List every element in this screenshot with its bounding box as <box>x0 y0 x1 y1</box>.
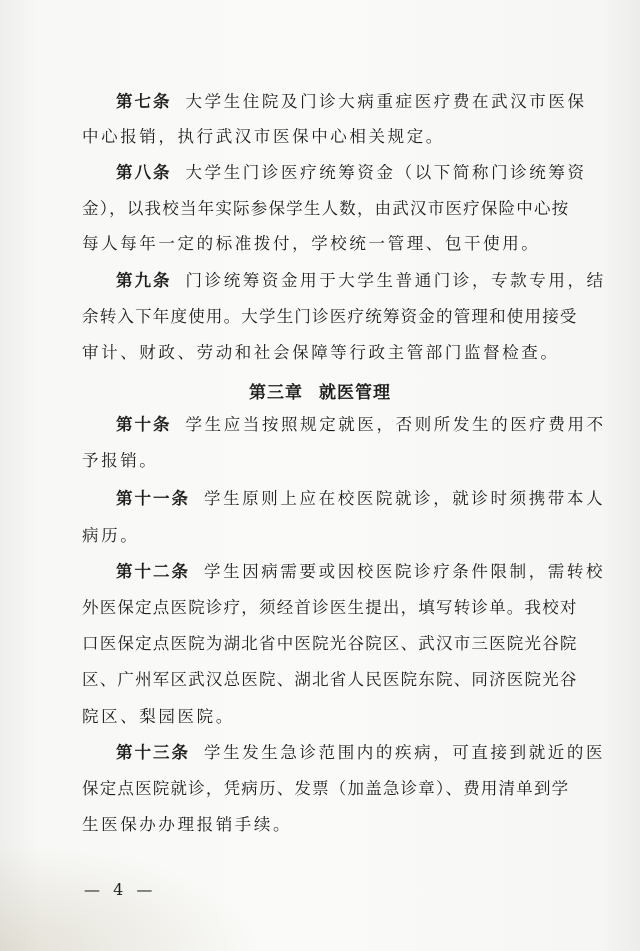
chapter-title: 就医管理 <box>319 383 391 403</box>
article-label: 第十一条 <box>116 489 190 508</box>
article-7-line-1: 第七条大学生住院及门诊大病重症医疗费在武汉市医保 <box>116 92 616 112</box>
article-13-line-2: 保定点医院就诊，凭病历、发票（加盖急诊章）、费用清单到学 <box>82 779 582 799</box>
article-9-line-2: 余转入下年度使用。大学生门诊医疗统筹资金的管理和使用接受 <box>82 307 582 327</box>
article-12-line-5: 院区、梨园医院。 <box>82 707 582 727</box>
article-7-line-2: 中心报销，执行武汉市医保中心相关规定。 <box>82 127 582 147</box>
article-13-line-3: 生医保办办理报销手续。 <box>82 815 582 835</box>
article-8-line-1: 第八条大学生门诊医疗统筹资金（以下简称门诊统筹资 <box>116 163 616 183</box>
article-13-line-1: 第十三条学生发生急诊范围内的疾病，可直接到就近的医 <box>116 743 616 763</box>
chapter-number: 第三章 <box>249 383 303 403</box>
article-9-line-1: 第九条门诊统筹资金用于大学生普通门诊，专款专用，结 <box>116 271 616 291</box>
article-10-line-2: 予报销。 <box>82 451 582 471</box>
article-label: 第十三条 <box>116 743 190 762</box>
article-12-line-2: 外医保定点医院诊疗，须经首诊医生提出，填写转诊单。我校对 <box>82 598 582 618</box>
article-9-line-3: 审计、财政、劳动和社会保障等行政主管部门监督检查。 <box>82 343 582 363</box>
article-10-line-1: 第十条学生应当按照规定就医，否则所发生的医疗费用不 <box>116 415 616 435</box>
article-12-line-3: 口医保定点医院为湖北省中医院光谷院区、武汉市三医院光谷院 <box>82 634 582 654</box>
chapter-heading: 第三章就医管理 <box>0 378 640 403</box>
article-label: 第七条 <box>116 92 172 111</box>
article-label: 第九条 <box>116 271 172 290</box>
article-label: 第十条 <box>116 415 172 434</box>
article-8-line-3: 每人每年一定的标准拨付，学校统一管理、包干使用。 <box>82 234 582 254</box>
article-11-line-2: 病历。 <box>82 526 582 546</box>
article-12-line-4: 区、广州军区武汉总医院、湖北省人民医院东院、同济医院光谷 <box>82 670 582 690</box>
article-label: 第十二条 <box>116 562 190 581</box>
article-12-line-1: 第十二条学生因病需要或因校医院诊疗条件限制，需转校 <box>116 562 616 582</box>
article-11-line-1: 第十一条学生原则上应在校医院就诊，就诊时须携带本人 <box>116 489 616 509</box>
article-8-line-2: 金），以我校当年实际参保学生人数，由武汉市医疗保险中心按 <box>82 199 582 219</box>
page-number: — 4 — <box>84 880 156 899</box>
article-label: 第八条 <box>116 163 172 182</box>
